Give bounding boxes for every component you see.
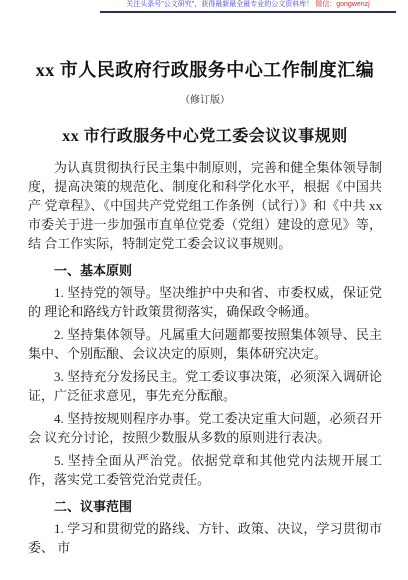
watermark-text: 关注头条号"公文研究"，获得最新最全最专业的公文资料库！ <box>126 1 313 8</box>
section-heading-deliberation-scope: 二、议事范围 <box>28 496 382 515</box>
document-page: 关注头条号"公文研究"，获得最新最全最专业的公文资料库！ 微信：gongwenz… <box>0 0 408 580</box>
chapter-title: xx 市行政服务中心党工委会议议事规则 <box>28 123 382 146</box>
intro-paragraph: 为认真贯彻执行民主集中制原则，完善和健全集体领导制度，提高决策的规范化、制度化和… <box>28 158 382 253</box>
list-item: 3. 坚持充分发扬民主。党工委议事决策，必须深入调研论证，广泛征求意见，事先充分… <box>28 367 382 405</box>
section-heading-basic-principles: 一、基本原则 <box>28 260 382 279</box>
watermark-wechat-id: 微信：gongwenzj <box>315 1 369 8</box>
document-title: xx 市人民政府行政服务中心工作制度汇编 <box>28 56 382 82</box>
document-body: xx 市人民政府行政服务中心工作制度汇编 （修订版） xx 市行政服务中心党工委… <box>28 10 382 561</box>
list-item: 1. 学习和贯彻党的路线、方针、政策、决议，学习贯彻市委、 市 <box>28 519 382 557</box>
list-item: 1. 坚持党的领导。坚决维护中央和省、市委权威，保证党的 理论和路线方针政策贯彻… <box>28 283 382 321</box>
document-subtitle: （修订版） <box>28 91 382 106</box>
list-item: 2. 坚持集体领导。凡属重大问题都要按照集体领导、民主集中、个别酝酿、会议决定的… <box>28 325 382 363</box>
list-item: 5. 坚持全面从严治党。依据党章和其他党内法规开展工作，落实党工委管党治党责任。 <box>28 451 382 489</box>
list-item: 4. 坚持按规则程序办事。党工委决定重大问题，必须召开会 议充分讨论，按照少数服… <box>28 409 382 447</box>
